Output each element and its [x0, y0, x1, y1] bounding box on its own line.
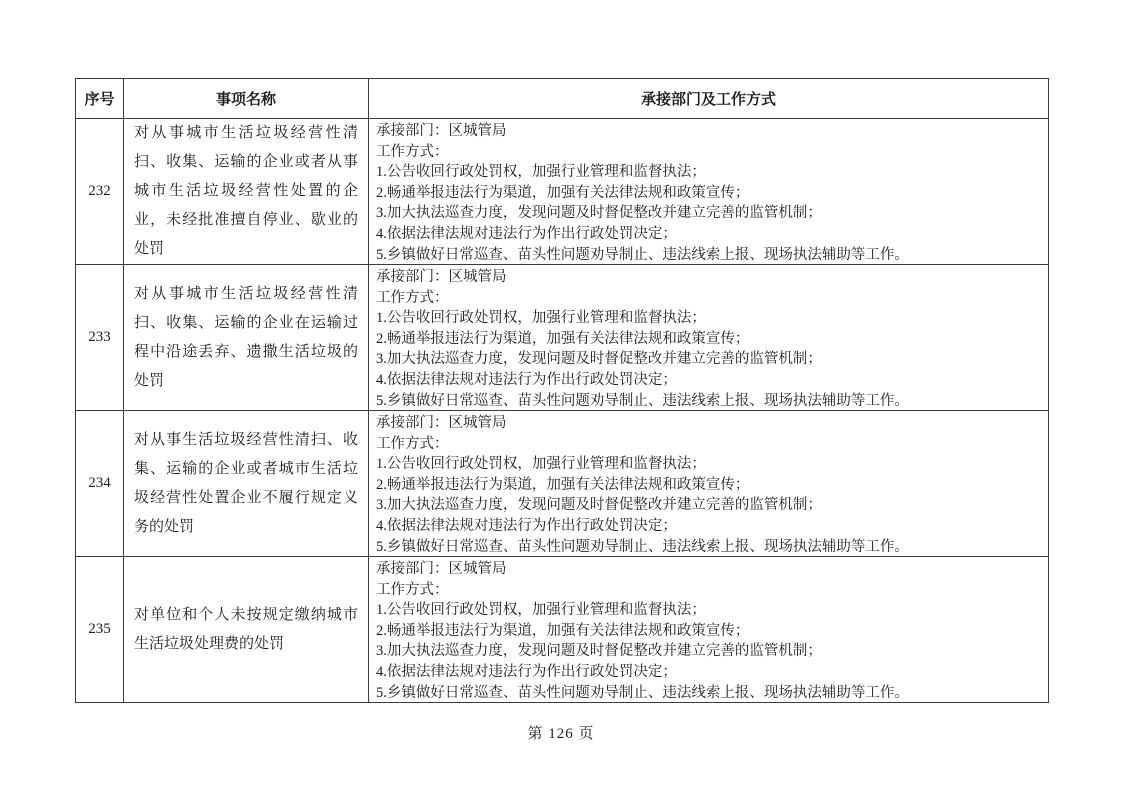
- item-name-text: 对从事城市生活垃圾经营性清扫、收集、运输的企业在运输过程中沿途丢弃、遗撒生活垃圾…: [124, 280, 368, 396]
- work-method-item-1: 1.公告收回行政处罚权，加强行业管理和监督执法；: [376, 454, 1042, 475]
- department-line: 承接部门：区城管局: [376, 267, 1042, 288]
- work-method-label: 工作方式：: [376, 580, 1042, 601]
- work-method-item-5: 5.乡镇做好日常巡查、苗头性问题劝导制止、违法线索上报、现场执法辅助等工作。: [376, 537, 1042, 557]
- serial-number-cell: 232: [76, 119, 124, 265]
- work-method-item-1: 1.公告收回行政处罚权，加强行业管理和监督执法；: [376, 600, 1042, 621]
- work-method-item-3: 3.加大执法巡查力度，发现问题及时督促整改并建立完善的监管机制；: [376, 349, 1042, 370]
- work-method-item-4: 4.依据法律法规对违法行为作出行政处罚决定；: [376, 662, 1042, 683]
- header-serial-number: 序号: [76, 79, 124, 119]
- work-method-label: 工作方式：: [376, 288, 1042, 309]
- page-number: 第 126 页: [0, 722, 1122, 743]
- work-method-item-2: 2.畅通举报违法行为渠道，加强有关法律法规和政策宣传；: [376, 329, 1042, 350]
- serial-number-cell: 234: [76, 411, 124, 557]
- work-method-item-3: 3.加大执法巡查力度，发现问题及时督促整改并建立完善的监管机制；: [376, 495, 1042, 516]
- work-method-item-2: 2.畅通举报违法行为渠道，加强有关法律法规和政策宣传；: [376, 621, 1042, 642]
- header-department-and-method: 承接部门及工作方式: [369, 79, 1049, 119]
- work-method-item-5: 5.乡镇做好日常巡查、苗头性问题劝导制止、违法线索上报、现场执法辅助等工作。: [376, 683, 1042, 703]
- table-header-row: 序号 事项名称 承接部门及工作方式: [76, 79, 1049, 119]
- work-method-item-4: 4.依据法律法规对违法行为作出行政处罚决定；: [376, 370, 1042, 391]
- work-method-item-5: 5.乡镇做好日常巡查、苗头性问题劝导制止、违法线索上报、现场执法辅助等工作。: [376, 245, 1042, 265]
- work-method-cell: 承接部门：区城管局 工作方式： 1.公告收回行政处罚权，加强行业管理和监督执法；…: [369, 411, 1049, 557]
- work-method-label: 工作方式：: [376, 434, 1042, 455]
- work-method-cell: 承接部门：区城管局 工作方式： 1.公告收回行政处罚权，加强行业管理和监督执法；…: [369, 265, 1049, 411]
- work-method-item-2: 2.畅通举报违法行为渠道，加强有关法律法规和政策宣传；: [376, 183, 1042, 204]
- table-row: 235 对单位和个人未按规定缴纳城市生活垃圾处理费的处罚 承接部门：区城管局 工…: [76, 557, 1049, 703]
- work-method-cell: 承接部门：区城管局 工作方式： 1.公告收回行政处罚权，加强行业管理和监督执法；…: [369, 119, 1049, 265]
- table-row: 232 对从事城市生活垃圾经营性清扫、收集、运输的企业或者从事城市生活垃圾经营性…: [76, 119, 1049, 265]
- department-line: 承接部门：区城管局: [376, 413, 1042, 434]
- item-name-text: 对从事城市生活垃圾经营性清扫、收集、运输的企业或者从事城市生活垃圾经营性处置的企…: [124, 119, 368, 264]
- department-line: 承接部门：区城管局: [376, 121, 1042, 142]
- penalty-items-table: 序号 事项名称 承接部门及工作方式 232 对从事城市生活垃圾经营性清扫、收集、…: [75, 78, 1049, 703]
- work-method-item-3: 3.加大执法巡查力度，发现问题及时督促整改并建立完善的监管机制；: [376, 203, 1042, 224]
- department-line: 承接部门：区城管局: [376, 559, 1042, 580]
- serial-number-cell: 233: [76, 265, 124, 411]
- item-name-cell: 对从事城市生活垃圾经营性清扫、收集、运输的企业在运输过程中沿途丢弃、遗撒生活垃圾…: [124, 265, 369, 411]
- item-name-text: 对单位和个人未按规定缴纳城市生活垃圾处理费的处罚: [124, 601, 368, 659]
- work-method-item-5: 5.乡镇做好日常巡查、苗头性问题劝导制止、违法线索上报、现场执法辅助等工作。: [376, 391, 1042, 411]
- item-name-cell: 对从事城市生活垃圾经营性清扫、收集、运输的企业或者从事城市生活垃圾经营性处置的企…: [124, 119, 369, 265]
- work-method-item-4: 4.依据法律法规对违法行为作出行政处罚决定；: [376, 516, 1042, 537]
- work-method-item-1: 1.公告收回行政处罚权，加强行业管理和监督执法；: [376, 162, 1042, 183]
- serial-number-cell: 235: [76, 557, 124, 703]
- item-name-cell: 对单位和个人未按规定缴纳城市生活垃圾处理费的处罚: [124, 557, 369, 703]
- work-method-label: 工作方式：: [376, 142, 1042, 163]
- item-name-text: 对从事生活垃圾经营性清扫、收集、运输的企业或者城市生活垃圾经营性处置企业不履行规…: [124, 426, 368, 542]
- item-name-cell: 对从事生活垃圾经营性清扫、收集、运输的企业或者城市生活垃圾经营性处置企业不履行规…: [124, 411, 369, 557]
- work-method-cell: 承接部门：区城管局 工作方式： 1.公告收回行政处罚权，加强行业管理和监督执法；…: [369, 557, 1049, 703]
- work-method-item-3: 3.加大执法巡查力度，发现问题及时督促整改并建立完善的监管机制；: [376, 641, 1042, 662]
- work-method-item-2: 2.畅通举报违法行为渠道，加强有关法律法规和政策宣传；: [376, 475, 1042, 496]
- table-row: 234 对从事生活垃圾经营性清扫、收集、运输的企业或者城市生活垃圾经营性处置企业…: [76, 411, 1049, 557]
- work-method-item-4: 4.依据法律法规对违法行为作出行政处罚决定；: [376, 224, 1042, 245]
- document-page: 序号 事项名称 承接部门及工作方式 232 对从事城市生活垃圾经营性清扫、收集、…: [0, 0, 1122, 793]
- table-row: 233 对从事城市生活垃圾经营性清扫、收集、运输的企业在运输过程中沿途丢弃、遗撒…: [76, 265, 1049, 411]
- header-item-name: 事项名称: [124, 79, 369, 119]
- work-method-item-1: 1.公告收回行政处罚权，加强行业管理和监督执法；: [376, 308, 1042, 329]
